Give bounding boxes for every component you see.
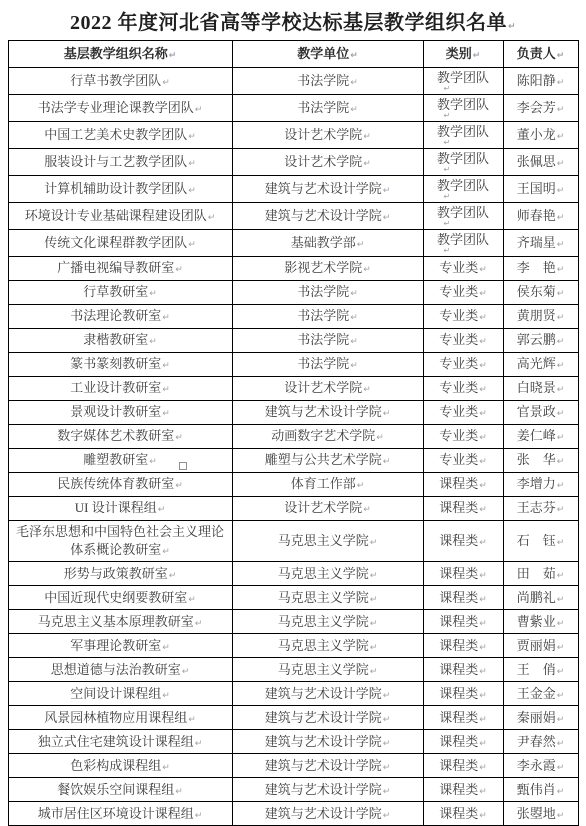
cell-teaching-unit: 马克思主义学院↵ (232, 610, 423, 634)
cell-teaching-unit-text: 书法学院 (297, 332, 349, 347)
cell-teaching-unit: 建筑与艺术设计学院↵ (232, 802, 423, 826)
cell-person: 石 钰↵ (503, 521, 578, 562)
paragraph-mark-icon: ↵ (188, 240, 196, 250)
paragraph-mark-icon: ↵ (479, 787, 487, 797)
cell-category-text: 教学团队 (430, 206, 497, 220)
paragraph-mark-icon: ↵ (162, 763, 170, 773)
paragraph-mark-icon: ↵ (479, 289, 487, 299)
cell-person-text: 黄朋贤 (517, 308, 556, 323)
table-row: 行草教研室↵书法学院↵专业类↵侯东菊↵ (8, 281, 578, 305)
cell-category: 专业类↵ (423, 377, 503, 401)
paragraph-mark-icon: ↵ (444, 220, 497, 227)
cell-person-text: 董小龙 (517, 127, 556, 142)
cell-person-text: 张 华 (517, 452, 556, 467)
cell-teaching-unit-text: 建筑与艺术设计学院 (265, 404, 382, 419)
cell-teaching-unit-text: 体育工作部 (291, 476, 356, 491)
cell-category: 教学团队↵ (423, 176, 503, 203)
cell-org-name: 空间设计课程组↵ (8, 682, 232, 706)
paragraph-mark-icon: ↵ (479, 337, 487, 347)
cell-category-text: 课程类 (439, 500, 478, 515)
cell-category-text: 专业类 (439, 332, 478, 347)
page-title-text: 2022 年度河北省高等学校达标基层教学组织名单 (70, 12, 507, 34)
paragraph-mark-icon: ↵ (557, 571, 565, 581)
cell-teaching-unit: 马克思主义学院↵ (232, 634, 423, 658)
paragraph-mark-icon: ↵ (557, 481, 565, 491)
cell-org-name-text: 雕塑教研室 (83, 452, 148, 467)
paragraph-mark-icon: ↵ (557, 240, 565, 250)
cell-org-name-text: 工业设计教研室 (70, 380, 161, 395)
paragraph-mark-icon: ↵ (557, 105, 565, 115)
cell-org-name: 思想道德与法治教研室↵ (8, 658, 232, 682)
paragraph-mark-icon: ↵ (557, 132, 565, 142)
cell-org-name-text: 中国工艺美术史教学团队 (44, 127, 187, 142)
cell-teaching-unit: 设计艺术学院↵ (232, 149, 423, 176)
cell-org-name: 独立式住宅建筑设计课程组↵ (8, 730, 232, 754)
cell-category: 课程类↵ (423, 521, 503, 562)
cell-person: 王金金↵ (503, 682, 578, 706)
table-row: 风景园林植物应用课程组↵建筑与艺术设计学院↵课程类↵秦丽娟↵ (8, 706, 578, 730)
paragraph-mark-icon: ↵ (350, 361, 358, 371)
paragraph-mark-icon: ↵ (557, 159, 565, 169)
table-row: 军事理论教研室↵马克思主义学院↵课程类↵贾丽娟↵ (8, 634, 578, 658)
cell-person-text: 白晓景 (517, 380, 556, 395)
cell-category-text: 教学团队 (430, 179, 497, 193)
cell-category: 课程类↵ (423, 473, 503, 497)
paragraph-mark-icon: ↵ (479, 385, 487, 395)
cell-org-name-text: 景观设计教研室 (70, 404, 161, 419)
paragraph-mark-icon: ↵ (479, 457, 487, 467)
cell-person: 秦丽娟↵ (503, 706, 578, 730)
cell-org-name: 餐饮娱乐空间课程组↵ (8, 778, 232, 802)
cell-category-text: 教学团队 (430, 98, 497, 112)
cell-org-name: 色彩构成课程组↵ (8, 754, 232, 778)
table-row: 色彩构成课程组↵建筑与艺术设计学院↵课程类↵李永霞↵ (8, 754, 578, 778)
cell-category-text: 课程类 (439, 782, 478, 797)
cell-org-name: 景观设计教研室↵ (8, 401, 232, 425)
cell-person-text: 甄伟肖 (517, 782, 556, 797)
paragraph-mark-icon: ↵ (557, 409, 565, 419)
cell-category-text: 课程类 (439, 533, 478, 548)
paragraph-mark-icon: ↵ (383, 213, 391, 223)
header-category: 类别↵ (423, 41, 503, 68)
cell-org-name-text: 军事理论教研室 (70, 638, 161, 653)
paragraph-mark-icon: ↵ (350, 289, 358, 299)
paragraph-mark-icon: ↵ (479, 667, 487, 677)
paragraph-mark-icon: ↵ (557, 78, 565, 88)
paragraph-mark-icon: ↵ (557, 715, 565, 725)
cell-org-name: 传统文化课程群教学团队↵ (8, 230, 232, 257)
table-row: 形势与政策教研室↵马克思主义学院↵课程类↵田 茹↵ (8, 562, 578, 586)
paragraph-mark-icon: ↵ (557, 667, 565, 677)
cell-category-text: 专业类 (439, 404, 478, 419)
cell-person: 尚鹏礼↵ (503, 586, 578, 610)
paragraph-mark-icon: ↵ (350, 313, 358, 323)
cell-person: 师春艳↵ (503, 203, 578, 230)
cell-org-name-text: 行草书教学团队 (70, 73, 161, 88)
paragraph-mark-icon: ↵ (162, 313, 170, 323)
cell-person-text: 秦丽娟 (517, 710, 556, 725)
paragraph-mark-icon: ↵ (479, 739, 487, 749)
cell-person: 郭云鹏↵ (503, 329, 578, 353)
cell-org-name: 毛泽东思想和中国特色社会主义理论体系概论教研室↵ (8, 521, 232, 562)
cell-teaching-unit: 书法学院↵ (232, 95, 423, 122)
cell-org-name: 中国近现代史纲要教研室↵ (8, 586, 232, 610)
cell-category: 教学团队↵ (423, 203, 503, 230)
paragraph-mark-icon: ↵ (363, 385, 371, 395)
paragraph-mark-icon: ↵ (557, 643, 565, 653)
paragraph-mark-icon: ↵ (479, 265, 487, 275)
cell-category-text: 课程类 (439, 758, 478, 773)
cell-person: 田 茹↵ (503, 562, 578, 586)
paragraph-mark-icon: ↵ (479, 313, 487, 323)
paragraph-mark-icon: ↵ (444, 112, 497, 119)
paragraph-mark-icon: ↵ (149, 457, 157, 467)
cell-teaching-unit: 雕塑与公共艺术学院↵ (232, 449, 423, 473)
cell-person: 甄伟肖↵ (503, 778, 578, 802)
cell-person-text: 官景政 (517, 404, 556, 419)
cell-org-name-text: 环境设计专业基础课程建设团队 (25, 208, 207, 223)
table-row: 毛泽东思想和中国特色社会主义理论体系概论教研室↵马克思主义学院↵课程类↵石 钰↵ (8, 521, 578, 562)
paragraph-mark-icon: ↵ (479, 538, 487, 548)
header-org-name: 基层教学组织名称↵ (8, 41, 232, 68)
paragraph-mark-icon: ↵ (557, 457, 565, 467)
cell-person: 白晓景↵ (503, 377, 578, 401)
paragraph-mark-icon: ↵ (149, 289, 157, 299)
cell-teaching-unit-text: 建筑与艺术设计学院 (265, 734, 382, 749)
header-person: 负责人↵ (503, 41, 578, 68)
cell-org-name-text: 城市居住区环境设计课程组 (38, 806, 194, 821)
cell-category-text: 教学团队 (430, 125, 497, 139)
cell-category-text: 专业类 (439, 284, 478, 299)
cell-teaching-unit: 马克思主义学院↵ (232, 562, 423, 586)
cell-category-text: 课程类 (439, 734, 478, 749)
cell-category: 专业类↵ (423, 305, 503, 329)
paragraph-mark-icon: ↵ (195, 619, 203, 629)
table-row: 餐饮娱乐空间课程组↵建筑与艺术设计学院↵课程类↵甄伟肖↵ (8, 778, 578, 802)
cell-category-text: 课程类 (439, 806, 478, 821)
header-teaching-unit: 教学单位↵ (232, 41, 423, 68)
paragraph-mark-icon: ↵ (557, 313, 565, 323)
paragraph-mark-icon: ↵ (473, 51, 481, 61)
table-row: 工业设计教研室↵设计艺术学院↵专业类↵白晓景↵ (8, 377, 578, 401)
paragraph-mark-icon: ↵ (557, 186, 565, 196)
paragraph-mark-icon: ↵ (350, 78, 358, 88)
paragraph-mark-icon: ↵ (350, 337, 358, 347)
paragraph-mark-icon: ↵ (357, 481, 365, 491)
paragraph-mark-icon: ↵ (479, 811, 487, 821)
cell-category: 专业类↵ (423, 449, 503, 473)
cell-teaching-unit-text: 动画数字艺术学院 (271, 428, 375, 443)
bookmark-square-icon (179, 462, 187, 470)
paragraph-mark-icon: ↵ (195, 739, 203, 749)
cell-org-name-text: 思想道德与法治教研室 (51, 662, 181, 677)
cell-teaching-unit: 建筑与艺术设计学院↵ (232, 730, 423, 754)
paragraph-mark-icon: ↵ (350, 51, 358, 61)
cell-person: 王国明↵ (503, 176, 578, 203)
cell-category-text: 专业类 (439, 428, 478, 443)
cell-person: 官景政↵ (503, 401, 578, 425)
cell-person: 张佩思↵ (503, 149, 578, 176)
paragraph-mark-icon: ↵ (175, 433, 183, 443)
table-row: 服装设计与工艺教学团队↵设计艺术学院↵教学团队↵张佩思↵ (8, 149, 578, 176)
paragraph-mark-icon: ↵ (444, 139, 497, 146)
table-row: 书法学专业理论课教学团队↵书法学院↵教学团队↵李会芳↵ (8, 95, 578, 122)
cell-teaching-unit: 书法学院↵ (232, 305, 423, 329)
paragraph-mark-icon: ↵ (383, 409, 391, 419)
paragraph-mark-icon: ↵ (479, 481, 487, 491)
table-row: 景观设计教研室↵建筑与艺术设计学院↵专业类↵官景政↵ (8, 401, 578, 425)
cell-org-name: 广播电视编导教研室↵ (8, 257, 232, 281)
cell-org-name: 军事理论教研室↵ (8, 634, 232, 658)
cell-teaching-unit-text: 雕塑与公共艺术学院 (265, 452, 382, 467)
cell-teaching-unit: 马克思主义学院↵ (232, 586, 423, 610)
header-category-label: 类别 (446, 46, 472, 61)
cell-category-text: 课程类 (439, 662, 478, 677)
header-person-label: 负责人 (517, 46, 556, 61)
cell-org-name-text: 形势与政策教研室 (64, 566, 168, 581)
paragraph-mark-icon: ↵ (162, 691, 170, 701)
cell-teaching-unit-text: 建筑与艺术设计学院 (265, 686, 382, 701)
paragraph-mark-icon: ↵ (557, 691, 565, 701)
paragraph-mark-icon: ↵ (363, 159, 371, 169)
paragraph-mark-icon: ↵ (175, 481, 183, 491)
cell-category: 教学团队↵ (423, 149, 503, 176)
cell-org-name: 书法学专业理论课教学团队↵ (8, 95, 232, 122)
cell-teaching-unit-text: 影视艺术学院 (284, 260, 362, 275)
paragraph-mark-icon: ↵ (370, 595, 378, 605)
paragraph-mark-icon: ↵ (363, 265, 371, 275)
paragraph-mark-icon: ↵ (479, 433, 487, 443)
cell-teaching-unit-text: 马克思主义学院 (278, 614, 369, 629)
table-row: 民族传统体育教研室↵体育工作部↵课程类↵李增力↵ (8, 473, 578, 497)
cell-person: 李永霞↵ (503, 754, 578, 778)
table-row: 空间设计课程组↵建筑与艺术设计学院↵课程类↵王金金↵ (8, 682, 578, 706)
cell-person-text: 尚鹏礼 (517, 590, 556, 605)
paragraph-mark-icon: ↵ (557, 538, 565, 548)
cell-category-text: 课程类 (439, 710, 478, 725)
paragraph-mark-icon: ↵ (557, 385, 565, 395)
paragraph-mark-icon: ↵ (363, 132, 371, 142)
cell-org-name-text: 餐饮娱乐空间课程组 (57, 782, 174, 797)
cell-org-name: 书法理论教研室↵ (8, 305, 232, 329)
cell-teaching-unit-text: 建筑与艺术设计学院 (265, 782, 382, 797)
document-page: 2022 年度河北省高等学校达标基层教学组织名单↵ 基层教学组织名称↵ 教学单位… (0, 0, 586, 826)
cell-teaching-unit-text: 设计艺术学院 (284, 500, 362, 515)
paragraph-mark-icon: ↵ (195, 811, 203, 821)
cell-org-name: 风景园林植物应用课程组↵ (8, 706, 232, 730)
paragraph-mark-icon: ↵ (370, 538, 378, 548)
paragraph-mark-icon: ↵ (479, 619, 487, 629)
cell-person: 曹紫业↵ (503, 610, 578, 634)
cell-category: 课程类↵ (423, 706, 503, 730)
cell-person-text: 齐瑞星 (517, 235, 556, 250)
cell-org-name: 环境设计专业基础课程建设团队↵ (8, 203, 232, 230)
cell-category-text: 教学团队 (430, 233, 497, 247)
cell-category-text: 专业类 (439, 308, 478, 323)
cell-org-name: 民族传统体育教研室↵ (8, 473, 232, 497)
table-row: 中国近现代史纲要教研室↵马克思主义学院↵课程类↵尚鹏礼↵ (8, 586, 578, 610)
cell-category: 教学团队↵ (423, 230, 503, 257)
cell-teaching-unit: 设计艺术学院↵ (232, 377, 423, 401)
paragraph-mark-icon: ↵ (376, 433, 384, 443)
cell-teaching-unit-text: 建筑与艺术设计学院 (265, 208, 382, 223)
cell-org-name: 行草教研室↵ (8, 281, 232, 305)
paragraph-mark-icon: ↵ (175, 787, 183, 797)
table-row: 独立式住宅建筑设计课程组↵建筑与艺术设计学院↵课程类↵尹春然↵ (8, 730, 578, 754)
cell-category: 课程类↵ (423, 610, 503, 634)
paragraph-mark-icon: ↵ (162, 409, 170, 419)
cell-org-name-text: 毛泽东思想和中国特色社会主义理论体系概论教研室 (16, 524, 224, 557)
cell-person-text: 尹春然 (517, 734, 556, 749)
cell-person-text: 王国明 (517, 181, 556, 196)
paragraph-mark-icon: ↵ (188, 595, 196, 605)
paragraph-mark-icon: ↵ (557, 265, 565, 275)
cell-category-text: 课程类 (439, 566, 478, 581)
header-org-name-label: 基层教学组织名称 (64, 46, 168, 61)
paragraph-mark-icon: ↵ (383, 691, 391, 701)
cell-person-text: 王志芬 (517, 500, 556, 515)
cell-org-name-text: 服装设计与工艺教学团队 (44, 154, 187, 169)
page-title: 2022 年度河北省高等学校达标基层教学组织名单↵ (0, 6, 586, 35)
cell-teaching-unit-text: 建筑与艺术设计学院 (265, 806, 382, 821)
table-row: 广播电视编导教研室↵影视艺术学院↵专业类↵李 艳↵ (8, 257, 578, 281)
cell-person: 陈阳静↵ (503, 68, 578, 95)
cell-org-name-text: 行草教研室 (83, 284, 148, 299)
cell-person: 姜仁峰↵ (503, 425, 578, 449)
paragraph-mark-icon: ↵ (557, 787, 565, 797)
cell-person: 李 艳↵ (503, 257, 578, 281)
cell-org-name-text: 空间设计课程组 (70, 686, 161, 701)
cell-category: 课程类↵ (423, 778, 503, 802)
cell-category-text: 课程类 (439, 590, 478, 605)
cell-category-text: 教学团队 (430, 71, 497, 85)
table-row: 雕塑教研室↵雕塑与公共艺术学院↵专业类↵张 华↵ (8, 449, 578, 473)
cell-teaching-unit-text: 书法学院 (297, 284, 349, 299)
paragraph-mark-icon: ↵ (162, 361, 170, 371)
cell-teaching-unit-text: 设计艺术学院 (284, 127, 362, 142)
paragraph-mark-icon: ↵ (162, 643, 170, 653)
paragraph-mark-icon: ↵ (188, 159, 196, 169)
paragraph-mark-icon: ↵ (162, 78, 170, 88)
paragraph-mark-icon: ↵ (383, 739, 391, 749)
table-row: 行草书教学团队↵书法学院↵教学团队↵陈阳静↵ (8, 68, 578, 95)
paragraph-mark-icon: ↵ (383, 457, 391, 467)
cell-teaching-unit-text: 马克思主义学院 (278, 533, 369, 548)
cell-category-text: 课程类 (439, 476, 478, 491)
paragraph-mark-icon: ↵ (557, 739, 565, 749)
paragraph-mark-icon: ↵ (479, 643, 487, 653)
cell-org-name: 雕塑教研室↵ (8, 449, 232, 473)
cell-org-name-text: 中国近现代史纲要教研室 (44, 590, 187, 605)
cell-teaching-unit-text: 书法学院 (297, 100, 349, 115)
cell-org-name-text: 篆书篆刻教研室 (70, 356, 161, 371)
paragraph-mark-icon: ↵ (444, 85, 497, 92)
cell-org-name-text: 风景园林植物应用课程组 (44, 710, 187, 725)
cell-person: 黄朋贤↵ (503, 305, 578, 329)
paragraph-mark-icon: ↵ (557, 213, 565, 223)
cell-org-name-text: 书法理论教研室 (70, 308, 161, 323)
paragraph-mark-icon: ↵ (479, 571, 487, 581)
cell-org-name-text: 计算机辅助设计教学团队 (44, 181, 187, 196)
paragraph-mark-icon: ↵ (383, 763, 391, 773)
table-row: 书法理论教研室↵书法学院↵专业类↵黄朋贤↵ (8, 305, 578, 329)
cell-person: 王志芬↵ (503, 497, 578, 521)
cell-teaching-unit: 建筑与艺术设计学院↵ (232, 754, 423, 778)
header-teaching-unit-label: 教学单位 (297, 46, 349, 61)
cell-person-text: 姜仁峰 (517, 428, 556, 443)
cell-teaching-unit-text: 建筑与艺术设计学院 (265, 181, 382, 196)
cell-category-text: 教学团队 (430, 152, 497, 166)
paragraph-mark-icon: ↵ (479, 361, 487, 371)
cell-teaching-unit-text: 建筑与艺术设计学院 (265, 758, 382, 773)
paragraph-mark-icon: ↵ (479, 691, 487, 701)
cell-person: 高光辉↵ (503, 353, 578, 377)
organizations-table: 基层教学组织名称↵ 教学单位↵ 类别↵ 负责人↵ 行草书教学团队↵书法学院↵教学… (8, 40, 579, 826)
cell-person-text: 王金金 (517, 686, 556, 701)
cell-category: 教学团队↵ (423, 95, 503, 122)
paragraph-mark-icon: ↵ (444, 247, 497, 254)
cell-teaching-unit: 建筑与艺术设计学院↵ (232, 176, 423, 203)
cell-category: 课程类↵ (423, 586, 503, 610)
cell-category-text: 专业类 (439, 260, 478, 275)
cell-category-text: 课程类 (439, 686, 478, 701)
cell-category: 教学团队↵ (423, 122, 503, 149)
cell-person-text: 郭云鹏 (517, 332, 556, 347)
cell-teaching-unit: 体育工作部↵ (232, 473, 423, 497)
cell-teaching-unit-text: 书法学院 (297, 73, 349, 88)
cell-org-name-text: 传统文化课程群教学团队 (44, 235, 187, 250)
cell-person: 李增力↵ (503, 473, 578, 497)
cell-teaching-unit: 设计艺术学院↵ (232, 497, 423, 521)
paragraph-mark-icon: ↵ (479, 763, 487, 773)
cell-category: 课程类↵ (423, 497, 503, 521)
cell-person-text: 高光辉 (517, 356, 556, 371)
cell-person-text: 王 俏 (517, 662, 556, 677)
cell-teaching-unit: 书法学院↵ (232, 68, 423, 95)
cell-category-text: 课程类 (439, 614, 478, 629)
cell-person: 张曌地↵ (503, 802, 578, 826)
cell-teaching-unit: 设计艺术学院↵ (232, 122, 423, 149)
paragraph-mark-icon: ↵ (557, 505, 565, 515)
paragraph-mark-icon: ↵ (383, 715, 391, 725)
paragraph-mark-icon: ↵ (162, 385, 170, 395)
cell-teaching-unit: 建筑与艺术设计学院↵ (232, 682, 423, 706)
paragraph-mark-icon: ↵ (557, 289, 565, 299)
cell-teaching-unit: 书法学院↵ (232, 353, 423, 377)
cell-category: 课程类↵ (423, 754, 503, 778)
paragraph-mark-icon: ↵ (188, 186, 196, 196)
paragraph-mark-icon: ↵ (444, 193, 497, 200)
paragraph-mark-icon: ↵ (557, 361, 565, 371)
cell-person: 王 俏↵ (503, 658, 578, 682)
paragraph-mark-icon: ↵ (188, 132, 196, 142)
table-row: 马克思主义基本原理教研室↵马克思主义学院↵课程类↵曹紫业↵ (8, 610, 578, 634)
paragraph-mark-icon: ↵ (557, 763, 565, 773)
paragraph-mark-icon: ↵ (350, 105, 358, 115)
paragraph-mark-icon: ↵ (557, 433, 565, 443)
paragraph-mark-icon: ↵ (479, 715, 487, 725)
cell-person: 董小龙↵ (503, 122, 578, 149)
cell-category: 专业类↵ (423, 281, 503, 305)
table-row: 环境设计专业基础课程建设团队↵建筑与艺术设计学院↵教学团队↵师春艳↵ (8, 203, 578, 230)
cell-teaching-unit-text: 马克思主义学院 (278, 638, 369, 653)
table-row: 数字媒体艺术教研室↵动画数字艺术学院↵专业类↵姜仁峰↵ (8, 425, 578, 449)
cell-category: 课程类↵ (423, 730, 503, 754)
cell-org-name: 数字媒体艺术教研室↵ (8, 425, 232, 449)
cell-person-text: 李增力 (517, 476, 556, 491)
cell-teaching-unit: 建筑与艺术设计学院↵ (232, 778, 423, 802)
cell-category: 专业类↵ (423, 329, 503, 353)
